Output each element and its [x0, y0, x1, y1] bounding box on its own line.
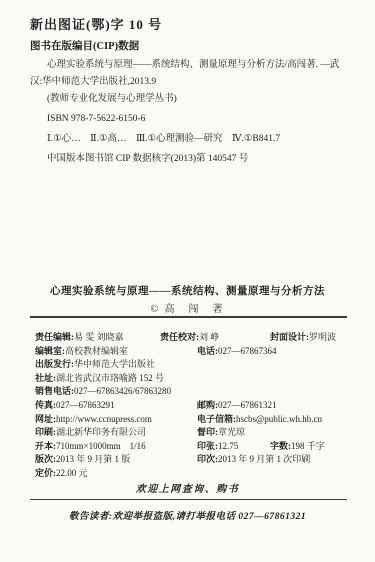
field-proofreader: 责任校对:刘 峥	[160, 330, 219, 343]
field-printer: 印刷:湖北新华印务有限公司	[35, 425, 146, 438]
colophon-table: 责任编辑:易 雯 刘晓嘉 责任校对:刘 峥 封面设计:罗明波 编辑室:高校教材编…	[0, 330, 375, 480]
colophon-row-editors: 责任编辑:易 雯 刘晓嘉 责任校对:刘 峥 封面设计:罗明波	[0, 330, 375, 344]
field-phone: 电话:027—67867364	[197, 344, 277, 357]
field-editorial-office: 编辑室:高校教材编辑室	[35, 344, 128, 357]
field-responsible-editor: 责任编辑:易 雯 刘晓嘉	[35, 330, 124, 343]
colophon-row-format: 开本:710mm×1000mm 1/16 印张:12.75 字数:198 千字	[0, 439, 375, 453]
colophon-row-printer: 印刷:湖北新华印务有限公司 督印:章光琼	[0, 425, 375, 439]
field-print-supervisor: 督印:章光琼	[197, 425, 245, 438]
colophon-row-website: 网址:http://www.ccnupress.com 电子信箱:hscbs@p…	[0, 412, 375, 426]
cip-line: 汉:华中师范大学出版社,2013.9	[30, 74, 357, 91]
divider-rule-bottom	[30, 499, 347, 500]
field-printing: 印次:2013 年 9 月第 1 次印刷	[197, 452, 310, 465]
field-format: 开本:710mm×1000mm 1/16	[35, 439, 146, 452]
colophon-row-edition: 版次:2013 年 9 月第 1 版 印次:2013 年 9 月第 1 次印刷	[0, 452, 375, 466]
book-copyright-page: 新出图证(鄂)字 10 号 图书在版编目(CIP)数据 心理实验系统与原理——系…	[0, 0, 375, 562]
cip-line: 心理实验系统与原理——系统结构、测量原理与分析方法/高闯著. —武	[30, 57, 357, 74]
divider-rule-top	[30, 316, 347, 318]
field-email: 电子信箱:hscbs@public.wh.hb.cn	[197, 412, 322, 425]
cip-record-number-line: 中国版本图书馆 CIP 数据核字(2013)第 140547 号	[30, 151, 357, 168]
field-publisher: 出版发行:华中师范大学出版社	[35, 357, 155, 370]
field-sheets: 印张:12.75	[197, 439, 238, 452]
field-edition: 版次:2013 年 9 月第 1 版	[35, 452, 130, 465]
field-website: 网址:http://www.ccnupress.com	[35, 412, 152, 425]
field-fax: 传真:027—67863291	[35, 398, 115, 411]
colophon-row-address: 社址:湖北省武汉市珞喻路 152 号	[0, 371, 375, 385]
field-cover-designer: 封面设计:罗明波	[270, 330, 336, 343]
isbn-line: ISBN 978-7-5622-6150-6	[30, 111, 357, 128]
field-mail-order: 邮购:027—67861321	[197, 398, 277, 411]
copyright-author-line: © 高 闯 著	[0, 300, 375, 315]
colophon-row-fax: 传真:027—67863291 邮购:027—67861321	[0, 398, 375, 412]
field-price: 定价:22.00 元	[35, 466, 88, 479]
colophon-row-publisher: 出版发行:华中师范大学出版社	[0, 357, 375, 371]
book-title: 心理实验系统与原理——系统结构、测量原理与分析方法	[0, 283, 375, 298]
piracy-report-notice: 敬告读者:欢迎举报盗版,请打举报电话 027—67861321	[0, 508, 375, 522]
colophon-row-sales-phone: 销售电话:027—67863426/67863280	[0, 384, 375, 398]
colophon-row-price: 定价:22.00 元	[0, 466, 375, 480]
online-purchase-notice: 欢迎上网查询、购书	[0, 480, 375, 495]
field-sales-phone: 销售电话:027—67863426/67863280	[35, 384, 171, 397]
cip-series-line: (教师专业化发展与心理学丛书)	[30, 91, 357, 108]
cip-data-heading: 图书在版编目(CIP)数据	[30, 38, 139, 53]
colophon-row-office: 编辑室:高校教材编辑室 电话:027—67867364	[0, 344, 375, 358]
cip-classification-line: Ⅰ.①心… Ⅱ.①高… Ⅲ.①心理测验—研究 Ⅳ.①B841.7	[30, 131, 357, 148]
field-word-count: 字数:198 千字	[270, 439, 325, 452]
publication-license-number: 新出图证(鄂)字 10 号	[30, 14, 162, 33]
cip-data-block: 心理实验系统与原理——系统结构、测量原理与分析方法/高闯著. —武 汉:华中师范…	[30, 57, 357, 168]
field-address: 社址:湖北省武汉市珞喻路 152 号	[35, 371, 164, 384]
